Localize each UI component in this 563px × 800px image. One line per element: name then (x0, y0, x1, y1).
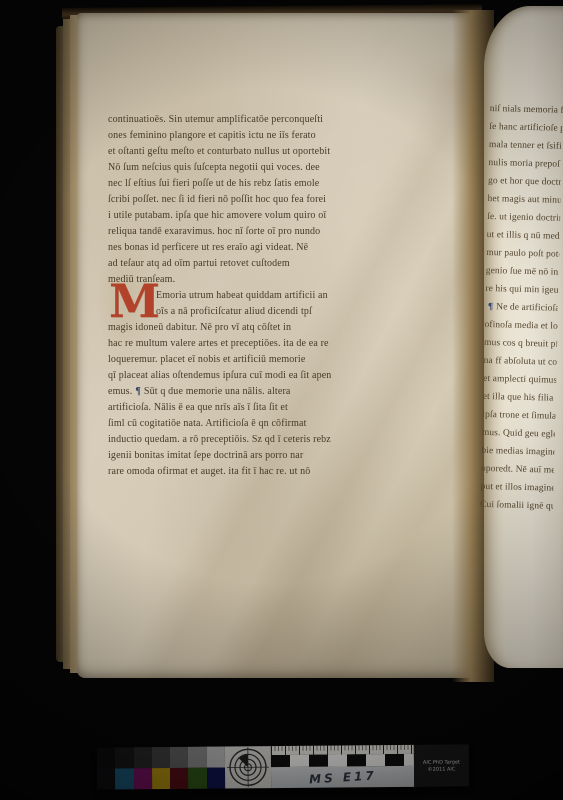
manuscript-line: Nō ſum neſcius quis ſuſcepta negotii qui… (108, 160, 390, 176)
target-credit-line: ©2011 AIC (428, 766, 456, 772)
right-page-text-block: niſ nials memoria fu ſe hanc artificioſe… (479, 100, 563, 540)
color-patch (188, 768, 206, 789)
manuscript-line: ofinoſa media et locos a n (484, 316, 557, 336)
manuscript-line: niſ nials memoria fu (490, 100, 563, 120)
manuscript-line: bie medias imagines c (481, 442, 554, 462)
manuscript-line: mur paulo poſt poteris lir (486, 244, 559, 264)
manuscript-line: continuatioēs. Sin utemur amplificatōe p… (108, 112, 390, 128)
left-page-text-block: M continuatioēs. Sin utemur amplificatōe… (108, 112, 390, 480)
manuscript-line: loqueremur. placet eī nobis et artificiū… (108, 352, 390, 368)
manuscript-line: inductio quedam. a rō preceptiōis. Sz qd… (108, 432, 390, 448)
manuscript-line: na ff abſoluta ut cos fr (483, 352, 556, 372)
gray-patch (188, 747, 206, 768)
color-patch-block (97, 747, 225, 790)
label-strip: MS E17 (271, 766, 414, 788)
manuscript-line: re his qui min igeun bn (485, 280, 558, 300)
manuscript-line: mus. Quid geu egleema (482, 424, 555, 444)
manuscript-line: et amplecti quimus ut (483, 370, 556, 390)
gray-patch (207, 747, 225, 768)
manuscript-line: artificioſa. Nālis ē ea que nrīs aīs ī ſ… (108, 400, 390, 416)
manuscript-line: et oſtanti geſtu meſto et conturbato nul… (108, 144, 390, 160)
manuscript-line: et illa que his filia ff¶ (483, 388, 556, 408)
manuscript-line: hac re multum valere artes et preceptiōe… (108, 336, 390, 352)
focus-target-icon (225, 746, 271, 788)
manuscript-line: qī placeat alias oſtendemus ipſura cuī m… (108, 368, 390, 384)
manuscript-line: Cui ſomalii ignē qui lit (480, 496, 553, 516)
manuscript-line: go et hor que doctrina dan (488, 172, 561, 192)
gray-patch (115, 747, 133, 768)
manuscript-line: ones feminino plangore et capitis ictu n… (108, 128, 390, 144)
manuscript-line: nes bonas id perficere ut res eraīo agi … (108, 240, 390, 256)
manuscript-line: ad teſaur atq ad oīm partui retovet cuſt… (108, 256, 390, 272)
manuscript-line-fragment: Ne de artificioſa meoria (496, 302, 563, 314)
gray-patch (133, 747, 151, 768)
color-patch (97, 768, 115, 789)
decorated-initial-m: M (109, 282, 155, 322)
manuscript-line: ¶Ne de artificioſa meoria (485, 298, 558, 318)
manuscript-line: mala tenner et ſsificat ro (489, 136, 562, 156)
blue-pilcrow-mark: ¶ (132, 386, 144, 397)
manuscript-line-fragment: Sūt q due memorie una nālis. altera (144, 386, 291, 397)
grayscale-patch-row (97, 747, 225, 769)
color-patch-row (97, 768, 225, 790)
color-patch (115, 768, 133, 789)
manuscript-line: reliqua tandē exaravimus. hoc nī ſorte o… (108, 224, 390, 240)
manuscript-line: nec lſ eſtius ſui fieri poſſe ut de his … (108, 176, 390, 192)
gray-patch (170, 747, 188, 768)
target-credit-line: AIC PhD Target (423, 759, 460, 765)
manuscript-line: emus.¶Sūt q due memorie una nālis. alter… (108, 384, 390, 400)
manuscript-line: het magis aut minus ī h (487, 190, 560, 210)
manuscript-line: ipſa trone et ſimulacru c (482, 406, 555, 426)
manuscript-line: put et illos imagines of (480, 478, 553, 498)
manuscript-line: ſe. ut igenio doctrina pze (487, 208, 560, 228)
color-patch (152, 768, 170, 789)
ruler-section: MS E17 (271, 745, 414, 788)
photo-scene: M continuatioēs. Sin utemur amplificatōe… (0, 0, 563, 800)
manuscript-line: ſcribi poſſet. nec ſi id fieri nō poſſit… (108, 192, 390, 208)
handwritten-shelfmark: MS E17 (308, 768, 376, 786)
aic-phd-calibration-target: MS E17 AIC PhD Target ©2011 AIC (97, 744, 469, 789)
manuscript-line: rare omoda ofirmat et auget. ita fit ī h… (108, 464, 390, 480)
manuscript-line: ſiml cū cogitatiōe nata. Artificioſa ē q… (108, 416, 390, 432)
manuscript-line: oporedt. Nē auī mei loco (481, 460, 554, 480)
gray-patch (97, 747, 115, 768)
manuscript-line: ut et illis q nū medios ff in (486, 226, 559, 246)
color-patch (207, 768, 225, 789)
blue-pilcrow-mark: ¶ (485, 302, 496, 312)
color-patch (134, 768, 152, 789)
manuscript-line: genio ſue mē nō in cugit (486, 262, 559, 282)
manuscript-line: nulis moria prepoſ ofi (488, 154, 561, 174)
manuscript-line: ſe hanc artificioſe ptore (489, 118, 562, 138)
target-credit-panel: AIC PhD Target ©2011 AIC (414, 744, 469, 786)
manuscript-line: igenii bonitas imitat ſepe doctrinā ars … (108, 448, 390, 464)
gray-patch (152, 747, 170, 768)
manuscript-line: mus cos q breuit pfoor (484, 334, 557, 354)
manuscript-line-fragment: et illa que his filia ff (483, 392, 563, 404)
manuscript-line: i utile putabam. ipſa que hic amovere vo… (108, 208, 390, 224)
color-patch (170, 768, 188, 789)
manuscript-line-fragment: emus. (108, 386, 132, 397)
